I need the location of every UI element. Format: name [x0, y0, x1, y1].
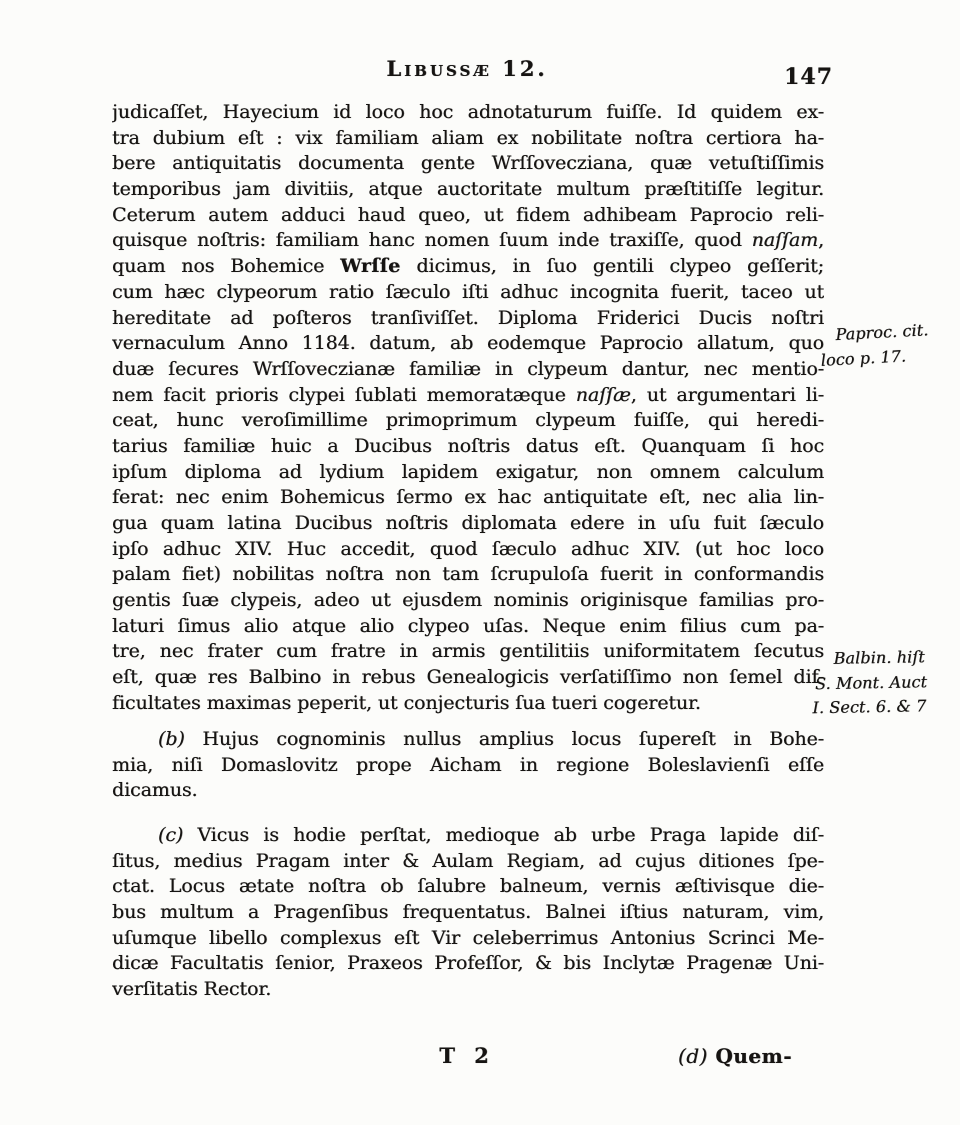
text-line: ctat. Locus ætate noſtra ob ſalubre baln…: [112, 874, 824, 900]
text-line: ceat, hunc veroſimillime primoprimum cly…: [112, 408, 824, 434]
text-line: cum hæc clypeorum ratio ſæculo iſti adhu…: [112, 280, 824, 306]
margin-note-paprocius: Paproc. cit. loco p. 17.: [819, 316, 960, 373]
text-line: ipſum diploma ad lydium lapidem exigatur…: [112, 460, 824, 486]
text-line: (c) Vicus is hodie perſtat, medioque ab …: [112, 823, 824, 849]
text-line: gua quam latina Ducibus noſtris diplomat…: [112, 511, 824, 537]
margin-note-line: Balbin. hiſt: [809, 645, 959, 672]
text-line: tra dubium eſt : vix familiam aliam ex n…: [112, 126, 824, 152]
text-line: uſumque libello complexus eſt Vir celebe…: [112, 926, 824, 952]
book-page: Libussæ 12. 147 judicaſſet, Hayecium id …: [0, 0, 960, 1125]
margin-note-line: S. Mont. Auct: [810, 669, 960, 696]
text-line: ipſo adhuc XIV. Huc accedit, quod ſæculo…: [112, 537, 824, 563]
footnote-b: (b) Hujus cognominis nullus amplius locu…: [112, 727, 824, 804]
catchword: (d) Quem-: [112, 1044, 792, 1068]
text-line: tarius familiæ huic a Ducibus noſtris da…: [112, 434, 824, 460]
text-line: laturi ſimus alio atque alio clypeo uſas…: [112, 614, 824, 640]
text-line: quam nos Bohemice Wrſſe dicimus, in ſuo …: [112, 254, 824, 280]
page-number: 147: [784, 64, 833, 90]
text-line: temporibus jam divitiis, atque auctorita…: [112, 177, 824, 203]
text-line: mia, niſi Domaslovitz prope Aicham in re…: [112, 753, 824, 779]
text-line: verſitatis Rector.: [112, 977, 824, 1003]
text-line: nem facit prioris clypei ſublati memorat…: [112, 383, 824, 409]
text-line: ſitus, medius Pragam inter & Aulam Regia…: [112, 849, 824, 875]
text-line: ferat: nec enim Bohemicus ſermo ex hac a…: [112, 485, 824, 511]
text-line: Ceterum autem adduci haud queo, ut fidem…: [112, 203, 824, 229]
text-line: (b) Hujus cognominis nullus amplius locu…: [112, 727, 824, 753]
text-line: quisque noſtris: familiam hanc nomen ſuu…: [112, 228, 824, 254]
text-line: dicamus.: [112, 778, 824, 804]
text-line: vernaculum Anno 1184. datum, ab eodemque…: [112, 331, 824, 357]
margin-note-line: I. Sect. 6. & 7: [810, 694, 960, 721]
text-line: gentis ſuæ clypeis, adeo ut ejusdem nomi…: [112, 588, 824, 614]
footnote-c: (c) Vicus is hodie perſtat, medioque ab …: [112, 823, 824, 1003]
text-line: eſt, quæ res Balbino in rebus Genealogic…: [112, 665, 824, 691]
main-text-block: judicaſſet, Hayecium id loco hoc adnotat…: [112, 100, 824, 717]
running-head-title: Libussæ 12.: [112, 56, 822, 81]
text-line: bere antiquitatis documenta gente Wrſſov…: [112, 151, 824, 177]
text-line: palam fiet) nobilitas noſtra non tam ſcr…: [112, 562, 824, 588]
margin-note-balbinus: Balbin. hiſt S. Mont. Auct I. Sect. 6. &…: [809, 645, 960, 721]
text-line: dicæ Facultatis ſenior, Praxeos Profeſſo…: [112, 951, 824, 977]
text-line: hereditate ad poſteros tranſiviſſet. Dip…: [112, 306, 824, 332]
text-line: judicaſſet, Hayecium id loco hoc adnotat…: [112, 100, 824, 126]
text-line: ficultates maximas peperit, ut conjectur…: [112, 691, 824, 717]
text-line: bus multum a Pragenſibus frequentatus. B…: [112, 900, 824, 926]
text-line: tre, nec frater cum fratre in armis gent…: [112, 639, 824, 665]
text-line: duæ ſecures Wrſſoveczianæ familiæ in cly…: [112, 357, 824, 383]
